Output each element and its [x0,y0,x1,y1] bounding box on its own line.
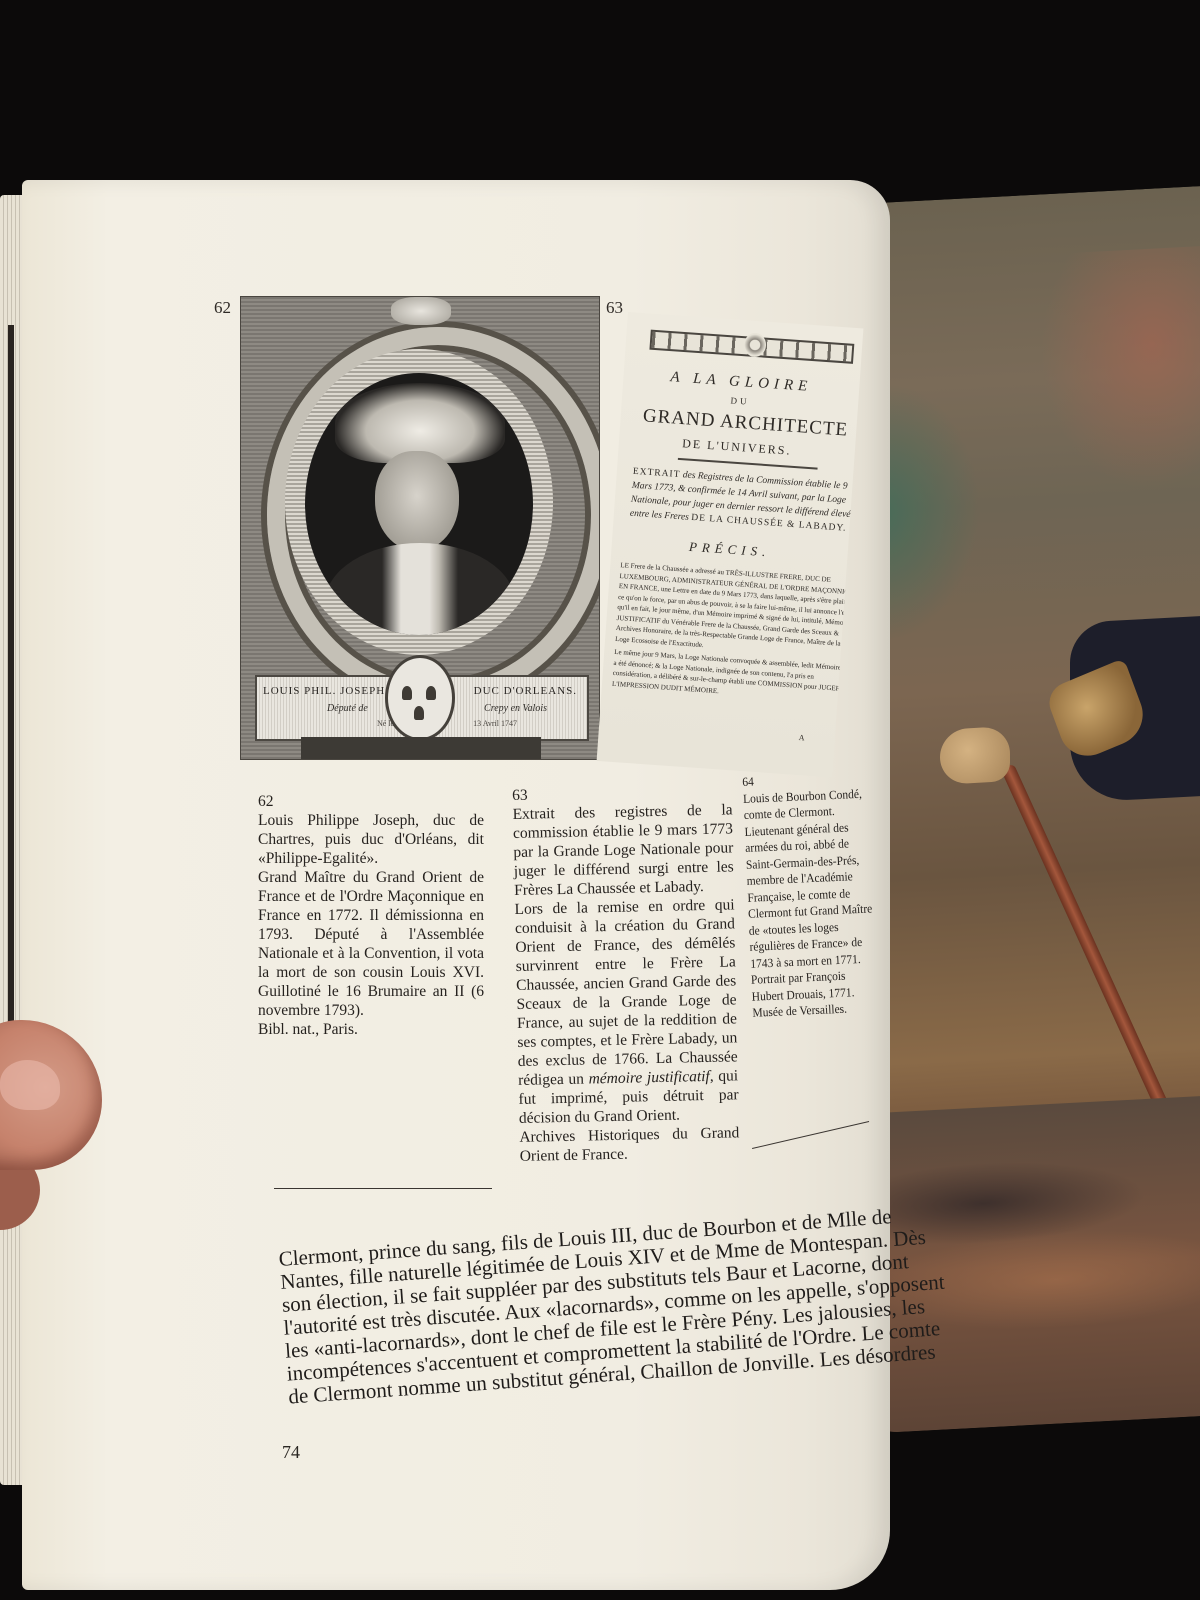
portrait-oval [305,373,533,635]
document-body: LE Frere de la Chaussée a adressé au TRÈ… [611,560,860,708]
caption-credit: Portrait par François Hubert Drouais, 17… [751,966,882,1021]
caption-62: 62 Louis Philippe Joseph, duc de Chartre… [258,792,484,1039]
plaque-name-right: DUC D'ORLEANS. [474,685,577,697]
figure-63-printed-document: A LA GLOIRE DU GRAND ARCHITECTE DE L'UNI… [597,312,864,777]
document-paragraph: LE Frere de la Chaussée a adressé au TRÈ… [615,560,860,661]
painting-hand [940,726,1010,785]
caption-63: 63 Extrait des registres de la commissio… [512,781,740,1166]
caption-divider-rule [274,1188,492,1189]
ribbon-bow [391,297,451,325]
document-extract: EXTRAIT des Registres de la Commission é… [629,465,862,537]
engraving-base [301,737,541,759]
caption-credit: Archives Historiques du Grand Orient de … [519,1123,740,1166]
coat-of-arms-crest [385,655,455,741]
caption-text: Lors de la remise en ordre qui conduisit… [514,895,739,1128]
plaque-birth-right: 13 Avril 1747 [473,719,517,728]
caption-64: 64 Louis de Bourbon Condé, comte de Cler… [742,768,881,1021]
portrait-face [375,451,459,551]
figure-number-63: 63 [606,298,623,318]
extract-lead: EXTRAIT [633,467,681,480]
figure-62-engraved-portrait: LOUIS PHIL. JOSEPH DUC D'ORLEANS. Député… [240,296,600,760]
caption-title: Louis Philippe Joseph, duc de Chartres, … [258,811,484,868]
fleur-de-lis-icon [414,706,424,720]
caption-title: Extrait des registres de la commission é… [512,800,734,900]
plaque-name-left: LOUIS PHIL. JOSEPH [263,685,385,697]
caption-text: Grand Maître du Grand Orient de France e… [258,868,484,1020]
caption-credit: Bibl. nat., Paris. [258,1020,484,1039]
page-number: 74 [282,1442,300,1463]
thumbnail [0,1060,60,1110]
fleur-de-lis-icon [426,686,436,700]
caption-text-part: Lors de la remise en ordre qui conduisit… [514,896,737,1089]
rosette-ornament-icon [743,332,767,357]
decorative-header-band [649,330,854,364]
portrait-body [325,543,515,635]
plaque-deputy-right: Crepy en Valois [484,703,547,714]
painting-sky-rose [1040,246,1200,494]
figure-number-62: 62 [214,298,231,318]
caption-number: 62 [258,792,484,811]
document-signature-mark: A [798,733,804,742]
fleur-de-lis-icon [402,686,412,700]
caption-italic-term: mémoire justificatif [588,1068,710,1088]
document-rule [678,458,818,470]
caption-text: Lieutenant général des armées du roi, ab… [744,818,879,972]
plaque-deputy-left: Député de [327,703,368,714]
book-photo: 62 63 LOUIS PHIL. JOSEPH DUC D'ORLEANS. … [0,0,1200,1600]
